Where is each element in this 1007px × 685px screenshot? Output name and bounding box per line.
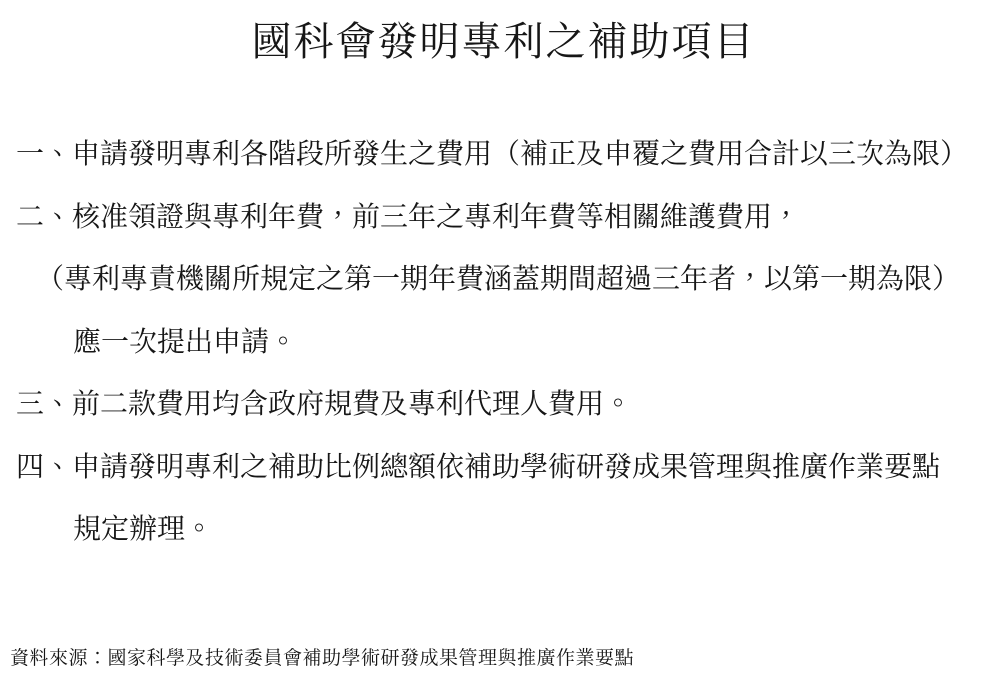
body-text: 一、申請發明專利各階段所發生之費用（補正及申覆之費用合計以三次為限） 二、核准領… xyxy=(16,121,999,559)
list-item-2-continuation: 應一次提出申請。 xyxy=(16,309,999,372)
list-item-3: 三、前二款費用均含政府規費及專利代理人費用。 xyxy=(16,371,999,434)
list-item-4-continuation: 規定辦理。 xyxy=(16,496,999,559)
page-title: 國科會發明專利之補助項目 xyxy=(0,10,1007,67)
list-item-1: 一、申請發明專利各階段所發生之費用（補正及申覆之費用合計以三次為限） xyxy=(16,121,999,184)
list-item-4: 四、申請發明專利之補助比例總額依補助學術研發成果管理與推廣作業要點 xyxy=(16,434,999,497)
source-note: 資料來源：國家科學及技術委員會補助學術研發成果管理與推廣作業要點 xyxy=(10,643,634,670)
list-item-2-parenthetical: （專利專責機關所規定之第一期年費涵蓋期間超過三年者，以第一期為限） xyxy=(16,246,999,309)
list-item-2: 二、核准領證與專利年費，前三年之專利年費等相關維護費用， xyxy=(16,184,999,247)
slide: 國科會發明專利之補助項目 一、申請發明專利各階段所發生之費用（補正及申覆之費用合… xyxy=(0,0,1007,685)
